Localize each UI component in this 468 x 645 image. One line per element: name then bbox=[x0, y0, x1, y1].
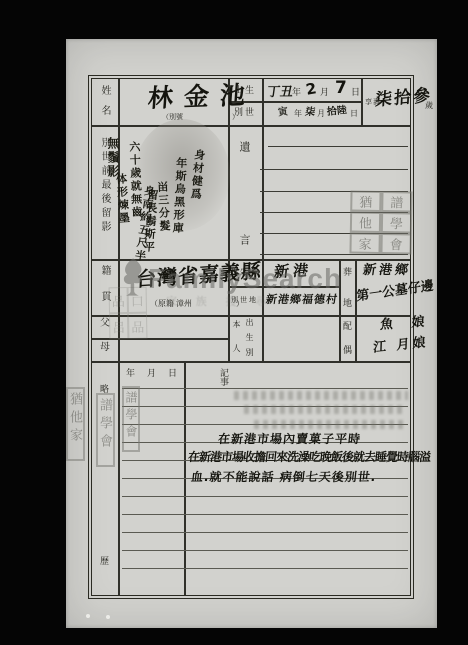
history-entry: 在新港市場收擔回來洗澡吃晚飯後就去睡覺時腦溢 bbox=[187, 451, 430, 463]
archive-seal-vertical-1: 猶他家 bbox=[66, 387, 85, 461]
archive-seal-cluster: 猶 譜 他 學 家 會 bbox=[349, 190, 412, 254]
day-char: 日 bbox=[350, 110, 358, 118]
mother-label: 母 bbox=[100, 343, 110, 353]
month-char: 月 bbox=[320, 88, 329, 97]
birth-label: 出生 bbox=[234, 86, 256, 95]
ruled-line bbox=[122, 550, 408, 551]
death-day-value: 拾陸 bbox=[327, 106, 348, 118]
year-char: 年 bbox=[294, 110, 302, 118]
ruled-line bbox=[260, 169, 408, 170]
seal-character: 學 bbox=[381, 212, 412, 234]
history-label-bottom: 歷 bbox=[100, 557, 109, 566]
ruled-line bbox=[122, 514, 408, 515]
birth-order-label-right: 出生別 bbox=[245, 318, 253, 363]
ruled-line bbox=[122, 568, 408, 569]
grid-line bbox=[228, 79, 230, 361]
month-char: 月 bbox=[317, 110, 325, 118]
history-entry: 血.就不能說話 病倒七天後別世. bbox=[190, 471, 377, 483]
scanned-document: FamilySearch 家 族 搜 尋 猶他家 bbox=[66, 39, 437, 628]
seal-character: 吕 bbox=[109, 313, 128, 339]
seal-character: 會 bbox=[380, 233, 411, 255]
photo-note: 体形煉墨 bbox=[115, 173, 130, 226]
day-char: 日 bbox=[351, 88, 360, 97]
archive-seal-vertical-3: 譜學會 bbox=[122, 386, 140, 452]
grid-line bbox=[262, 79, 264, 361]
seal-character: 家 bbox=[349, 232, 380, 254]
ruled-line bbox=[122, 388, 408, 389]
spouse-label: 配偶 bbox=[342, 321, 351, 369]
bleed-through-text bbox=[244, 405, 404, 414]
deathplace-value: 新港鄉福德村 bbox=[265, 294, 339, 305]
history-month-header: 月 bbox=[147, 369, 156, 378]
scan-speck bbox=[106, 615, 110, 619]
familysearch-watermark: FamilySearch bbox=[148, 263, 342, 295]
ruled-line bbox=[122, 496, 408, 497]
death-era: 寅 bbox=[278, 108, 289, 119]
name-label: 姓名 bbox=[99, 85, 109, 125]
familysearch-tree-icon bbox=[119, 257, 147, 297]
age-value: 柒拾參 bbox=[375, 87, 433, 109]
scan-speck bbox=[86, 614, 90, 618]
burial-value-line2: 第一公墓仔邊 bbox=[356, 280, 434, 304]
birth-era: 丁丑 bbox=[266, 86, 294, 99]
ruled-line bbox=[268, 146, 408, 147]
history-entry: 在新港市場內賣菓子平時 bbox=[217, 433, 361, 445]
history-day-header: 日 bbox=[168, 369, 177, 378]
grid-line bbox=[361, 79, 363, 125]
age-unit: 歲 bbox=[425, 102, 433, 110]
death-label: 別世 bbox=[234, 108, 256, 117]
watermark-subtext: 家 族 搜 尋 bbox=[166, 297, 274, 308]
seal-character: 譜 bbox=[381, 191, 412, 213]
spouse-value-line2: 江 月娘 bbox=[373, 336, 429, 355]
grid-line bbox=[92, 125, 410, 127]
grid-line bbox=[355, 259, 357, 361]
seal-character: 品 bbox=[128, 313, 147, 339]
seal-character: 他 bbox=[350, 211, 381, 233]
ruled-line bbox=[122, 532, 408, 533]
year-char: 年 bbox=[292, 88, 301, 97]
archive-seal-vertical-2: 譜學會 bbox=[96, 393, 115, 467]
ruled-line bbox=[260, 254, 408, 255]
spouse-value-line1: 魚 娘 bbox=[380, 315, 432, 332]
history-year-header: 年 bbox=[126, 369, 135, 378]
burial-value-line1: 新港鄉 bbox=[362, 264, 412, 277]
birth-month-value: 2 bbox=[305, 81, 318, 98]
birth-day-value: 7 bbox=[335, 80, 347, 97]
bleed-through-text bbox=[234, 391, 408, 400]
bleed-through-text bbox=[254, 420, 404, 429]
death-month-value: 柒 bbox=[304, 108, 315, 118]
genealogy-form: 姓名 林金池 （別號 ） 出生 別世 丁丑 年 2 月 7 日 寅 年 柒 月 … bbox=[88, 75, 414, 599]
history-record-header: 記事 bbox=[220, 369, 410, 387]
screenshot-canvas: FamilySearch 家 族 搜 尋 猶他家 bbox=[0, 0, 468, 645]
origin-label: 籍貫 bbox=[99, 265, 109, 317]
burial-label: 葬地 bbox=[342, 267, 351, 329]
seal-character: 猶 bbox=[350, 190, 381, 212]
birth-order-label-left: 本人 bbox=[232, 320, 240, 368]
